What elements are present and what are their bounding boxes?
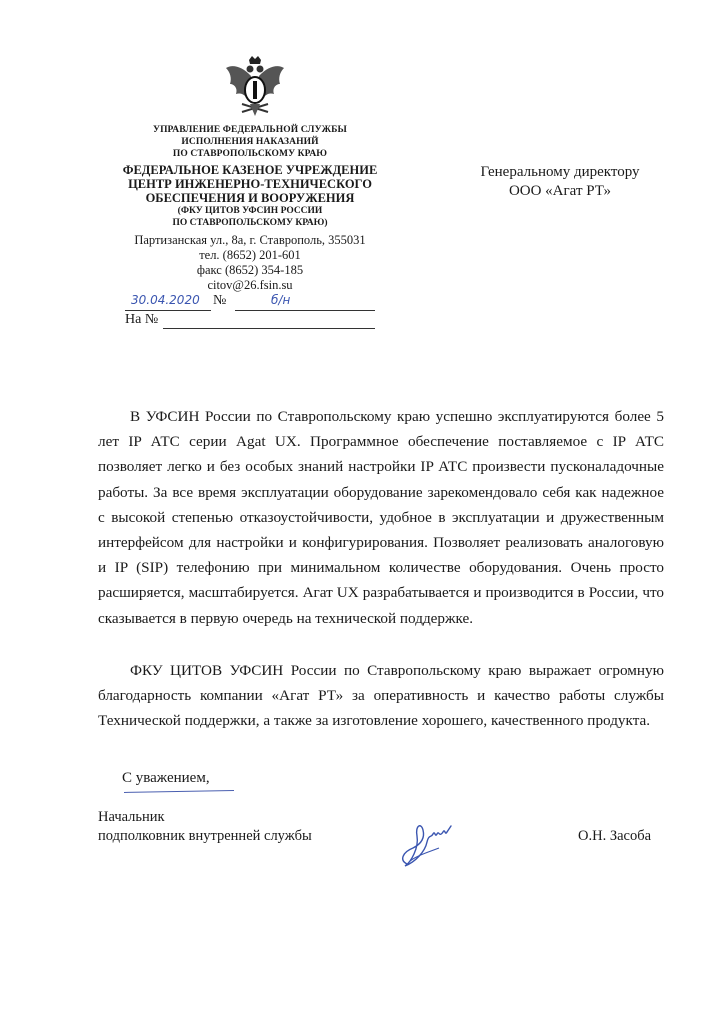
signer-name: О.Н. Засоба [578, 828, 651, 845]
contact-block: Партизанская ул., 8а, г. Ставрополь, 355… [112, 233, 388, 293]
outgoing-number-row: 30.04.2020 № б/н [125, 293, 375, 311]
handwritten-signature-icon [395, 812, 465, 872]
institution-line-2: ЦЕНТР ИНЖЕНЕРНО-ТЕХНИЧЕСКОГО [112, 177, 388, 191]
ministry-line-2: ИСПОЛНЕНИЯ НАКАЗАНИЙ [112, 136, 388, 148]
abbrev-line-2: ПО СТАВРОПОЛЬСКОМУ КРАЮ) [112, 217, 388, 229]
reply-label: На № [125, 312, 158, 328]
ministry-line-1: УПРАВЛЕНИЕ ФЕДЕРАЛЬНОЙ СЛУЖБЫ [112, 124, 388, 136]
fax-number: факс (8652) 354-185 [112, 263, 388, 278]
institution-abbreviation: (ФКУ ЦИТОВ УФСИН РОССИИ ПО СТАВРОПОЛЬСКО… [112, 205, 388, 229]
paragraph-1-text: В УФСИН России по Ставропольскому краю у… [98, 404, 664, 631]
reply-underline [163, 328, 375, 329]
addressee-title: Генеральному директору [440, 163, 680, 182]
phone-number: тел. (8652) 201-601 [112, 248, 388, 263]
institution-name: ФЕДЕРАЛЬНОЕ КАЗЕНОЕ УЧРЕЖДЕНИЕ ЦЕНТР ИНЖ… [112, 163, 388, 205]
position-rank: подполковник внутренней службы [98, 827, 312, 846]
registration-block: 30.04.2020 № б/н На № [125, 293, 375, 333]
handwritten-underline [124, 790, 234, 793]
handwritten-date: 30.04.2020 [131, 293, 200, 307]
postal-address: Партизанская ул., 8а, г. Ставрополь, 355… [112, 233, 388, 248]
abbrev-line-1: (ФКУ ЦИТОВ УФСИН РОССИИ [112, 205, 388, 217]
handwritten-number: б/н [271, 293, 290, 307]
addressee-company: ООО «Агат РТ» [440, 182, 680, 201]
paragraph-2-text: ФКУ ЦИТОВ УФСИН России по Ставропольском… [98, 658, 664, 734]
email-address: citov@26.fsin.su [112, 278, 388, 293]
ministry-line-3: ПО СТАВРОПОЛЬСКОМУ КРАЮ [112, 148, 388, 160]
letter-paragraph-2: ФКУ ЦИТОВ УФСИН России по Ставропольском… [98, 658, 664, 734]
position-title: Начальник [98, 808, 312, 827]
institution-line-1: ФЕДЕРАЛЬНОЕ КАЗЕНОЕ УЧРЕЖДЕНИЕ [112, 163, 388, 177]
letter-paragraph-1: В УФСИН России по Ставропольскому краю у… [98, 404, 664, 631]
closing-regards: С уважением, [122, 770, 210, 787]
ministry-name: УПРАВЛЕНИЕ ФЕДЕРАЛЬНОЙ СЛУЖБЫ ИСПОЛНЕНИЯ… [112, 124, 388, 160]
signer-position: Начальник подполковник внутренней службы [98, 808, 312, 846]
addressee-block: Генеральному директору ООО «Агат РТ» [440, 163, 680, 201]
institution-line-3: ОБЕСПЕЧЕНИЯ И ВООРУЖЕНИЯ [112, 191, 388, 205]
number-label: № [213, 293, 226, 309]
reply-number-row: На № [125, 311, 375, 329]
coat-of-arms-emblem-icon [224, 54, 286, 120]
